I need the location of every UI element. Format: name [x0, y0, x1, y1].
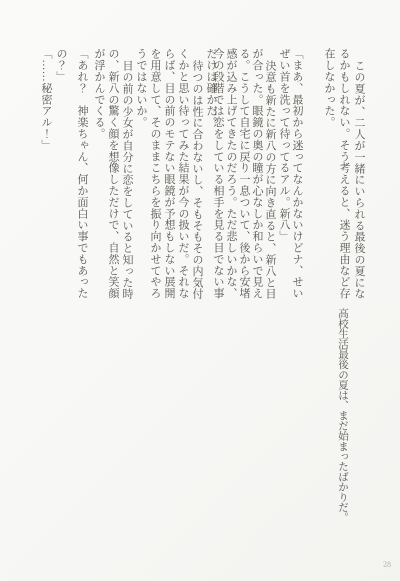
text-column: が浮かんでくる。 — [92, 48, 105, 139]
text-column: この夏が、二人が一緒にいられる最後の夏にな — [352, 48, 365, 299]
text-column: の？」 — [54, 48, 67, 82]
text-column: 「あれ？ 神楽ちゃん、何か面白い事でもあった — [75, 48, 88, 299]
closing-line: 高校生活最後の夏は、まだ始まったばかりだ。 — [336, 308, 349, 522]
text-column: らば、目の前のモテない眼鏡が予想もしない展開 — [162, 48, 175, 299]
text-column: 「……秘密アル！」 — [39, 48, 52, 151]
text-column: 在しなかった。 — [322, 48, 335, 128]
text-column: 待つのは性に合わないし、そもそもその内気付 — [190, 48, 203, 299]
text-column: を用意して、そのままこちらを振り向かせてやろ — [148, 48, 161, 299]
text-column: 目の前の少女が自分に恋をしていると知った時 — [120, 48, 133, 299]
text-column: 決意も新たに新八の方に向き直ると、新八と目 — [263, 48, 276, 299]
text-column: が合った。眼鏡の奥の瞳が心なしか和らいで見え — [250, 48, 263, 299]
text-column: の、新八の驚く顔を想像しただけで、自然と笑顔 — [106, 48, 119, 299]
text-column: くかと思い待ってみた結果が今の扱いだ。それな — [176, 48, 189, 299]
text-column: るかもしれない。そう考えると、迷う理由など存 — [337, 48, 350, 299]
scanned-book-page: { "page": { "background": "#f7f7f5", "te… — [0, 0, 400, 581]
text-column: だけは確かだ。 — [204, 48, 217, 128]
text-column: うではないか。 — [134, 48, 147, 128]
manuscript-page: この夏が、二人が一緒にいられる最後の夏になるかもしれない。そう考えると、迷う理由… — [0, 0, 400, 581]
text-column: ぜい首を洗って待ってるアル。新八」 — [277, 48, 290, 242]
text-column: る。こうして自宅に戻り一息ついて、後から安堵 — [237, 48, 250, 299]
text-column: 「まあ、最初から迷ってなんかないけどナ、せい — [290, 48, 303, 299]
page-number: 28 — [383, 560, 391, 569]
text-column: 感が込み上げてきたのだろう。ただ悲しいかな、 — [224, 48, 237, 299]
